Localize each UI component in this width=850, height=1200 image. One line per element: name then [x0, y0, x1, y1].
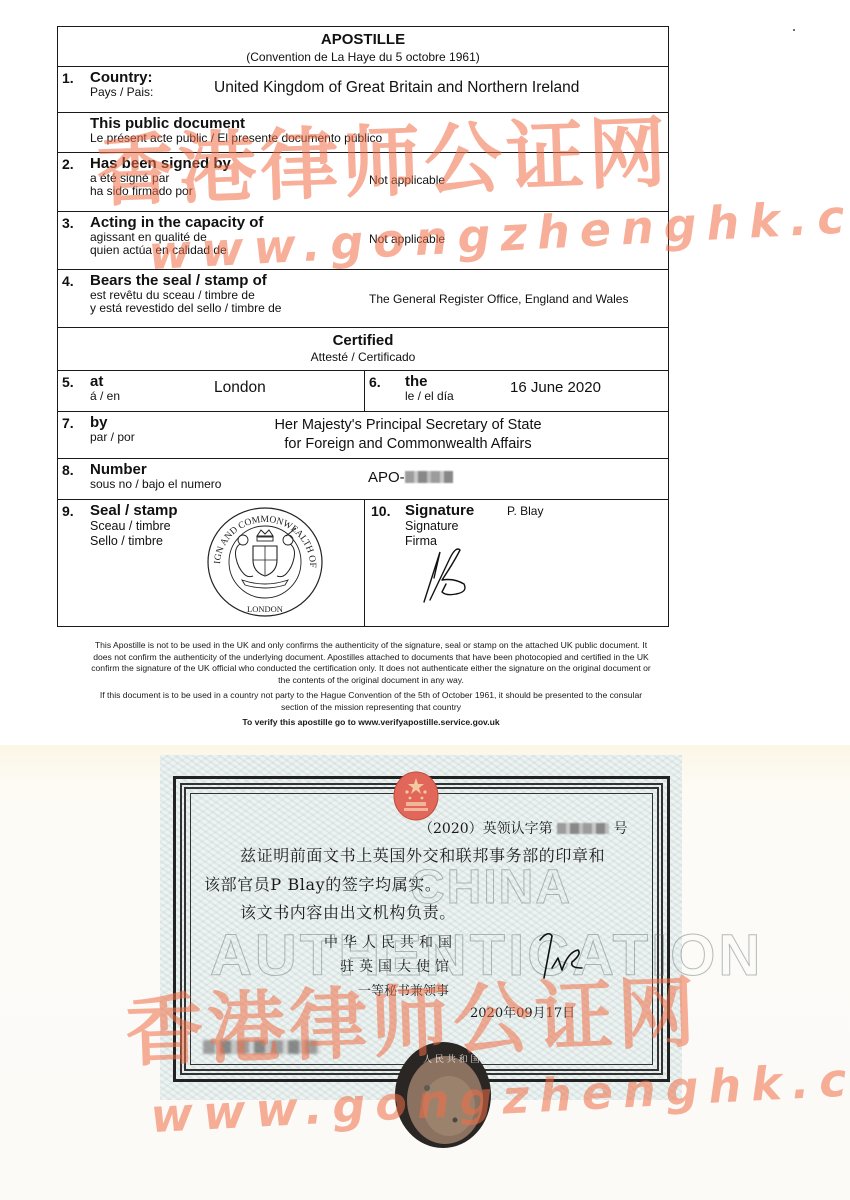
background-word-authentication: AUTHENTICATION: [210, 922, 763, 989]
issuer-embassy: 驻英国大使馆: [340, 956, 454, 976]
embassy-embossed-seal-icon: 人 民 共 和 国: [393, 1040, 493, 1150]
consul-signature-icon: [534, 928, 590, 984]
seal-of-value: The General Register Office, England and…: [369, 292, 628, 306]
field-label: Number: [90, 461, 221, 478]
notes-hague: If this document is to be used in a coun…: [90, 690, 652, 713]
field-label-sub: Sceau / timbre: [90, 519, 178, 534]
apostille-subtitle: (Convention de La Haye du 5 octobre 1961…: [58, 50, 668, 64]
apostille-header: APOSTILLE (Convention de La Haye du 5 oc…: [58, 27, 668, 67]
field-label: by: [90, 414, 135, 431]
certified-subtitle: Attesté / Certificado: [58, 350, 668, 364]
svg-text:人 民 共 和 国: 人 民 共 和 国: [423, 1053, 479, 1065]
reference-suffix: 号: [614, 821, 628, 837]
certified-title: Certified: [58, 328, 668, 349]
verify-link[interactable]: To verify this apostille go to www.verif…: [90, 717, 652, 729]
field-number: 8.: [62, 462, 74, 478]
field-country: 1. Country: Pays / Pais: United Kingdom …: [58, 67, 668, 113]
redacted-reference-number: [557, 823, 609, 834]
apostille-notes: This Apostille is not to be used in the …: [90, 640, 652, 733]
speck: [793, 29, 795, 31]
handwritten-signature-icon: [420, 544, 492, 604]
fco-seal-icon: FOREIGN AND COMMONWEALTH OFFICE LONDON: [206, 506, 324, 619]
authority-line-1: Her Majesty's Principal Secretary of Sta…: [238, 416, 578, 435]
field-by: 7. by par / por Her Majesty's Principal …: [58, 412, 668, 459]
field-label-sub: Signature: [405, 519, 474, 534]
svg-text:LONDON: LONDON: [247, 604, 283, 614]
field-label: Has been signed by: [90, 155, 231, 172]
field-label: Country:: [90, 69, 153, 86]
signed-by-value: Not applicable: [369, 173, 445, 187]
field-label-sub: Le présent acte public / El presente doc…: [90, 132, 382, 145]
apostille-form: APOSTILLE (Convention de La Haye du 5 oc…: [57, 26, 669, 627]
field-label-sub: le / el día: [405, 390, 454, 403]
apostille-title: APOSTILLE: [58, 27, 668, 48]
field-number: 5.: [62, 374, 74, 390]
field-label: Signature: [405, 502, 474, 519]
field-number: 4.: [62, 273, 74, 289]
field-signature: 10. Signature Signature Firma P. Blay: [365, 500, 668, 626]
signatory-name: P. Blay: [507, 504, 543, 518]
authority-line-2: for Foreign and Commonwealth Affairs: [238, 435, 578, 454]
national-emblem-icon: [392, 770, 440, 822]
place-value: London: [214, 379, 266, 397]
field-label-sub: quien actúa en calidad de: [90, 244, 263, 257]
issuer-country: 中华人民共和国: [324, 932, 457, 952]
field-label-sub: Pays / Pais:: [90, 86, 153, 99]
field-label: Seal / stamp: [90, 502, 178, 519]
field-seal-signature: 9. Seal / stamp Sceau / timbre Sello / t…: [58, 500, 668, 626]
field-signed-by: 2. Has been signed by a été signé par ha…: [58, 153, 668, 212]
field-seal-of: 4. Bears the seal / stamp of est revêtu …: [58, 270, 668, 328]
field-number-apo: 8. Number sous no / bajo el numero APO-: [58, 459, 668, 500]
certified-header: Certified Attesté / Certificado: [58, 328, 668, 371]
field-label: Acting in the capacity of: [90, 214, 263, 231]
redacted-serial: [203, 1040, 320, 1054]
field-number: 1.: [62, 70, 74, 86]
field-number: 6.: [369, 374, 381, 390]
authentication-text-line-2: 该部官员P Blay的签字均属实。: [204, 872, 442, 895]
issuer-title: 一等秘书兼领事: [358, 980, 449, 999]
field-label-sub: ha sido firmado por: [90, 185, 231, 198]
field-label-sub: á / en: [90, 390, 120, 403]
field-number: 2.: [62, 156, 74, 172]
authentication-date: 2020年09月17日: [470, 1002, 575, 1021]
field-place-date: 5. at á / en London 6. the le / el día 1…: [58, 371, 668, 412]
authentication-text-line-1: 兹证明前面文书上英国外交和联邦事务部的印章和: [240, 843, 605, 866]
capacity-value: Not applicable: [369, 232, 445, 246]
field-number: 3.: [62, 215, 74, 231]
apostille-number-prefix: APO-: [368, 469, 405, 486]
date-value: 16 June 2020: [510, 379, 601, 396]
field-public-document: This public document Le présent acte pub…: [58, 113, 668, 153]
notes-disclaimer: This Apostille is not to be used in the …: [90, 640, 652, 686]
field-label: Bears the seal / stamp of: [90, 272, 281, 289]
field-at: 5. at á / en London: [58, 371, 365, 411]
field-date: 6. the le / el día 16 June 2020: [365, 371, 668, 411]
authentication-reference: （2020）英领认字第 号: [419, 818, 628, 838]
apostille-number-value: APO-: [368, 469, 453, 486]
field-label-sub: sous no / bajo el numero: [90, 478, 221, 491]
reference-prefix: （2020）英领认字第: [419, 821, 553, 837]
field-number: 10.: [371, 503, 390, 519]
authority-value: Her Majesty's Principal Secretary of Sta…: [238, 416, 578, 454]
redacted-number: [405, 471, 453, 483]
authentication-text-line-3: 该文书内容由出文机构负责。: [240, 900, 456, 923]
field-label: at: [90, 373, 120, 390]
field-seal: 9. Seal / stamp Sceau / timbre Sello / t…: [58, 500, 365, 626]
field-capacity: 3. Acting in the capacity of agissant en…: [58, 212, 668, 270]
field-label-sub: y está revestido del sello / timbre de: [90, 302, 281, 315]
country-value: United Kingdom of Great Britain and Nort…: [214, 79, 579, 97]
field-number: 9.: [62, 503, 74, 519]
field-number: 7.: [62, 415, 74, 431]
field-label-sub: Sello / timbre: [90, 534, 178, 549]
field-label: This public document: [90, 115, 382, 132]
field-label-sub: par / por: [90, 431, 135, 444]
field-label: the: [405, 373, 454, 390]
